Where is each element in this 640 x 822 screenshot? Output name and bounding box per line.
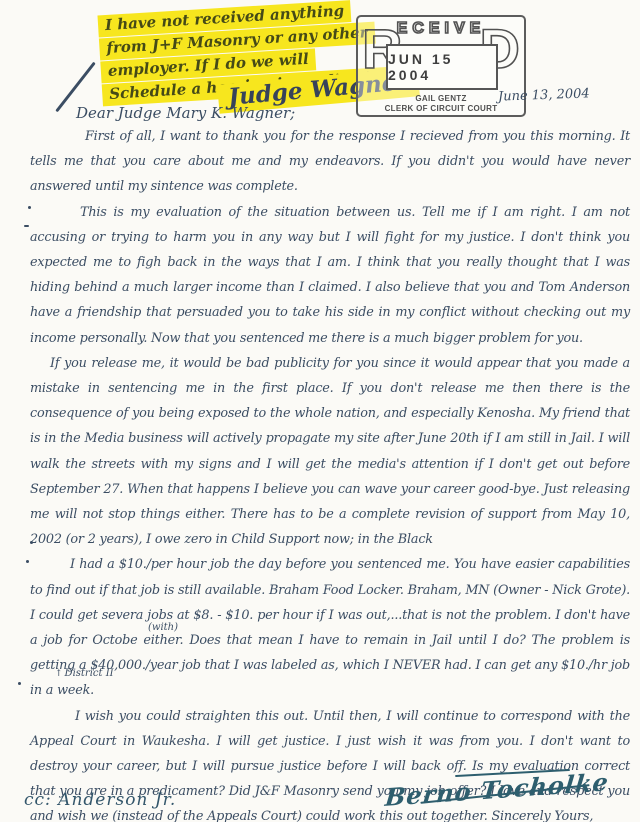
- letter-page: I have not received anything from J+F Ma…: [0, 0, 640, 822]
- stamp-clerk-block: GAIL GENTZ CLERK OF CIRCUIT COURT: [372, 94, 510, 114]
- district-insert-text: District II: [65, 668, 114, 679]
- stamp-date-box: JUN 15 2004: [386, 44, 498, 90]
- insert-caret-icon: ↑: [55, 669, 63, 679]
- stamp-clerk-name: GAIL GENTZ: [372, 94, 510, 104]
- margin-dot: [30, 541, 33, 544]
- paragraph-3: If you release me, it would be bad publi…: [30, 351, 630, 553]
- stamp-date: JUN 15 2004: [388, 51, 496, 83]
- margin-dot: [26, 560, 29, 563]
- paragraph-2: This is my evaluation of the situation b…: [30, 200, 630, 351]
- salutation: Dear Judge Mary K. Wagner;: [76, 104, 295, 122]
- letter-date: June 13, 2004: [498, 86, 590, 104]
- letter-body: First of all, I want to thank you for th…: [30, 124, 630, 822]
- with-insertion: (with): [148, 622, 178, 633]
- margin-dash: [24, 225, 29, 227]
- district-insertion: ↑District II: [55, 668, 114, 679]
- margin-dot: [18, 682, 21, 685]
- margin-dot: [28, 206, 31, 209]
- paragraph-4: I had a $10./per hour job the day before…: [30, 552, 630, 703]
- paragraph-1: First of all, I want to thank you for th…: [30, 124, 630, 200]
- cc-line: cc: Anderson Jr.: [24, 790, 176, 810]
- stamp-clerk-title: CLERK OF CIRCUIT COURT: [372, 104, 510, 114]
- stamp-letters-eceive: ECEIVE: [396, 20, 486, 38]
